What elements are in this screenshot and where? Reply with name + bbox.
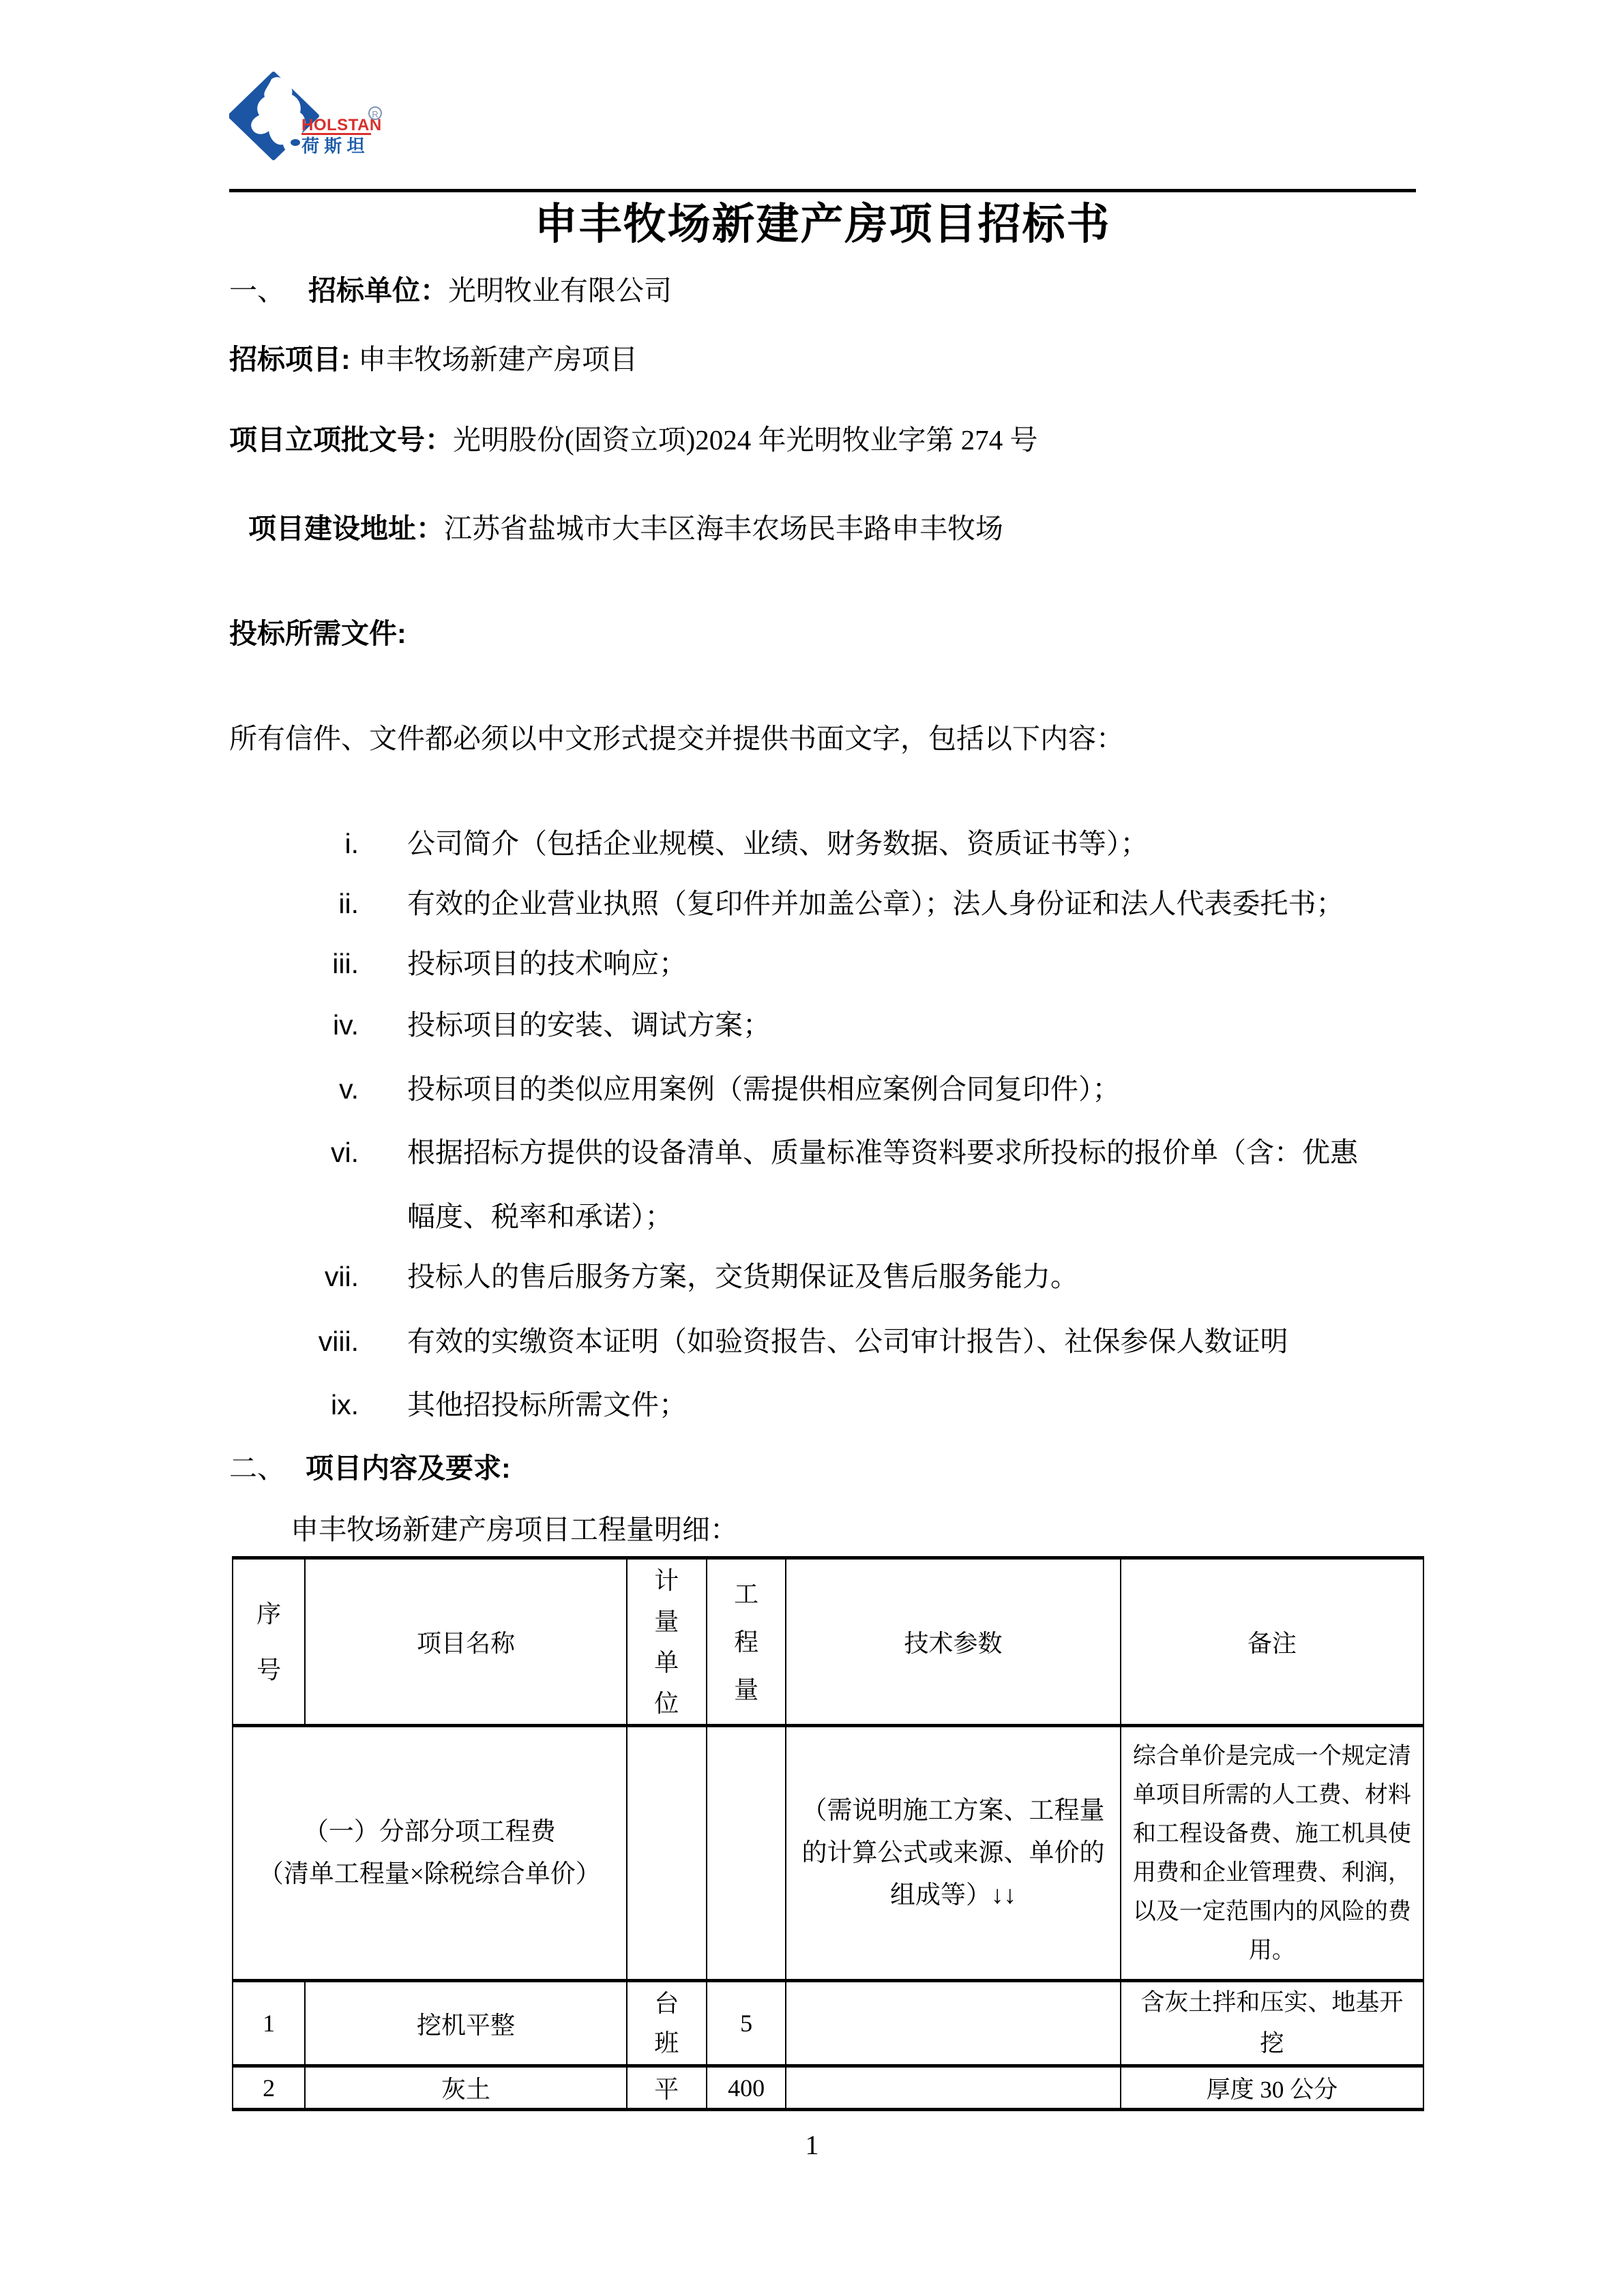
info-label: 招标项目: xyxy=(229,344,358,375)
list-item-number: ii. xyxy=(229,871,359,936)
list-item: ii. 有效的企业营业执照（复印件并加盖公章）；法人身份证和法人代表委托书； xyxy=(229,871,1415,936)
holstan-logo: HOLSTAN 荷 斯 坦 R xyxy=(229,65,393,168)
header-tech: 技术参数 xyxy=(786,1558,1120,1726)
row-name: 灰土 xyxy=(305,2066,626,2110)
page-number: 1 xyxy=(0,2129,1624,2161)
header-unit: 计量单位 xyxy=(627,1558,707,1726)
list-item-text: 有效的企业营业执照（复印件并加盖公章）；法人身份证和法人代表委托书； xyxy=(407,871,1415,936)
table-header-row: 序号 项目名称 计量单位 工程量 技术参数 备注 xyxy=(233,1558,1423,1726)
list-item-text: 其他招投标所需文件； xyxy=(407,1373,1415,1437)
logo-underline xyxy=(301,133,371,135)
row-seq: 2 xyxy=(233,2066,305,2110)
info-value: 申丰牧场新建产房项目 xyxy=(358,344,638,375)
document-title: 申丰牧场新建产房项目招标书 xyxy=(229,199,1416,251)
row-note: 厚度 30 公分 xyxy=(1121,2066,1423,2110)
row-unit: 台班 xyxy=(627,1981,707,2066)
list-item-text: 有效的实缴资本证明（如验资报告、公司审计报告）、社保参保人数证明 xyxy=(407,1309,1415,1373)
section2-label: 项目内容及要求: xyxy=(306,1452,511,1484)
list-item: vi. 根据招标方提供的设备清单、质量标准等资料要求所投标的报价单（含：优惠 幅… xyxy=(229,1120,1415,1249)
info-line-approval: 项目立项批文号：光明股份(固资立项)2024 年光明牧业字第 274 号 xyxy=(229,423,1419,458)
list-item-number: iii. xyxy=(229,931,359,996)
list-item: iii. 投标项目的技术响应； xyxy=(229,931,1415,996)
section2-number: 二、 xyxy=(229,1452,285,1484)
list-item-number: iv. xyxy=(229,993,359,1057)
list-item-number: vii. xyxy=(229,1244,359,1309)
logo-brand-cn: 荷 斯 坦 xyxy=(301,136,364,156)
list-item: viii. 有效的实缴资本证明（如验资报告、公司审计报告）、社保参保人数证明 xyxy=(229,1309,1415,1373)
header-note: 备注 xyxy=(1121,1558,1423,1726)
list-item: vii. 投标人的售后服务方案，交货期保证及售后服务能力。 xyxy=(229,1244,1415,1309)
group-tech-cell: （需说明施工方案、工程量 的计算公式或来源、单价的 组成等）↓↓ xyxy=(786,1726,1120,1981)
table-row: 2 灰土 平 400 厚度 30 公分 xyxy=(233,2066,1423,2110)
row-qty: 400 xyxy=(707,2066,786,2110)
registered-mark-letter: R xyxy=(372,109,378,119)
section1-heading: 一、招标单位：光明牧业有限公司 xyxy=(229,273,1419,308)
info-value: 江苏省盐城市大丰区海丰农场民丰路申丰牧场 xyxy=(444,513,1003,544)
row-seq: 1 xyxy=(233,1981,305,2066)
list-item-text: 投标项目的安装、调试方案； xyxy=(407,993,1415,1057)
group-qty-cell xyxy=(707,1726,786,1981)
header-seq: 序号 xyxy=(233,1558,305,1726)
info-value: 光明股份(固资立项)2024 年光明牧业字第 274 号 xyxy=(453,424,1038,456)
row-qty: 5 xyxy=(707,1981,786,2066)
header-name: 项目名称 xyxy=(305,1558,626,1726)
info-label: 项目立项批文号： xyxy=(229,424,453,456)
list-item-text: 投标人的售后服务方案，交货期保证及售后服务能力。 xyxy=(407,1244,1415,1309)
list-item-number: i. xyxy=(229,811,359,876)
group-name-cell: （一）分部分项工程费 （清单工程量×除税综合单价） xyxy=(233,1726,627,1981)
list-item: iv. 投标项目的安装、调试方案； xyxy=(229,993,1415,1057)
boq-table: 序号 项目名称 计量单位 工程量 技术参数 备注 （一）分部分项工程费 （清单工… xyxy=(232,1556,1424,2111)
docs-heading: 投标所需文件: xyxy=(229,616,1419,651)
header-divider xyxy=(229,189,1416,192)
list-item-number: viii. xyxy=(229,1309,359,1373)
info-line-project: 招标项目: 申丰牧场新建产房项目 xyxy=(229,342,1419,377)
logo-brand-en: HOLSTAN xyxy=(301,116,382,134)
list-item-number: vi. xyxy=(229,1120,359,1184)
list-item: v. 投标项目的类似应用案例（需提供相应案例合同复印件）； xyxy=(229,1057,1415,1121)
boq-title: 申丰牧场新建产房项目工程量明细： xyxy=(291,1512,1481,1547)
info-label: 项目建设地址： xyxy=(248,513,444,544)
row-unit: 平 xyxy=(627,2066,707,2110)
group-note-cell: 综合单价是完成一个规定清 单项目所需的人工费、材料 和工程设备费、施工机具使 用… xyxy=(1121,1726,1423,1981)
list-item-text: 投标项目的技术响应； xyxy=(407,931,1415,996)
row-note: 含灰土拌和压实、地基开 挖 xyxy=(1121,1981,1423,2066)
cow-nostril xyxy=(291,139,300,146)
list-item-number: ix. xyxy=(229,1373,359,1437)
intro-paragraph: 所有信件、文件都必须以中文形式提交并提供书面文字，包括以下内容： xyxy=(229,721,1419,756)
list-item-text: 公司简介（包括企业规模、业绩、财务数据、资质证书等）； xyxy=(407,811,1415,876)
table-group-row: （一）分部分项工程费 （清单工程量×除税综合单价） （需说明施工方案、工程量 的… xyxy=(233,1726,1423,1981)
list-item-number: v. xyxy=(229,1057,359,1121)
group-unit-cell xyxy=(627,1726,707,1981)
list-item: i. 公司简介（包括企业规模、业绩、财务数据、资质证书等）； xyxy=(229,811,1415,876)
info-line-address: 项目建设地址：江苏省盐城市大丰区海丰农场民丰路申丰牧场 xyxy=(248,511,1438,546)
section1-value: 光明牧业有限公司 xyxy=(448,275,672,306)
table-row: 1 挖机平整 台班 5 含灰土拌和压实、地基开 挖 xyxy=(233,1981,1423,2066)
row-tech xyxy=(786,1981,1120,2066)
section2-heading: 二、项目内容及要求: xyxy=(229,1451,1419,1486)
list-item-text: 投标项目的类似应用案例（需提供相应案例合同复印件）； xyxy=(407,1057,1415,1121)
section1-number: 一、 xyxy=(229,275,285,306)
row-tech xyxy=(786,2066,1120,2110)
section1-label: 招标单位： xyxy=(308,275,448,306)
header-qty: 工程量 xyxy=(707,1558,786,1726)
list-item: ix. 其他招投标所需文件； xyxy=(229,1373,1415,1437)
row-name: 挖机平整 xyxy=(305,1981,626,2066)
list-item-text: 根据招标方提供的设备清单、质量标准等资料要求所投标的报价单（含：优惠 幅度、税率… xyxy=(407,1120,1415,1249)
document-page: HOLSTAN 荷 斯 坦 R 申丰牧场新建产房项目招标书 一、招标单位：光明牧… xyxy=(0,0,1624,2296)
